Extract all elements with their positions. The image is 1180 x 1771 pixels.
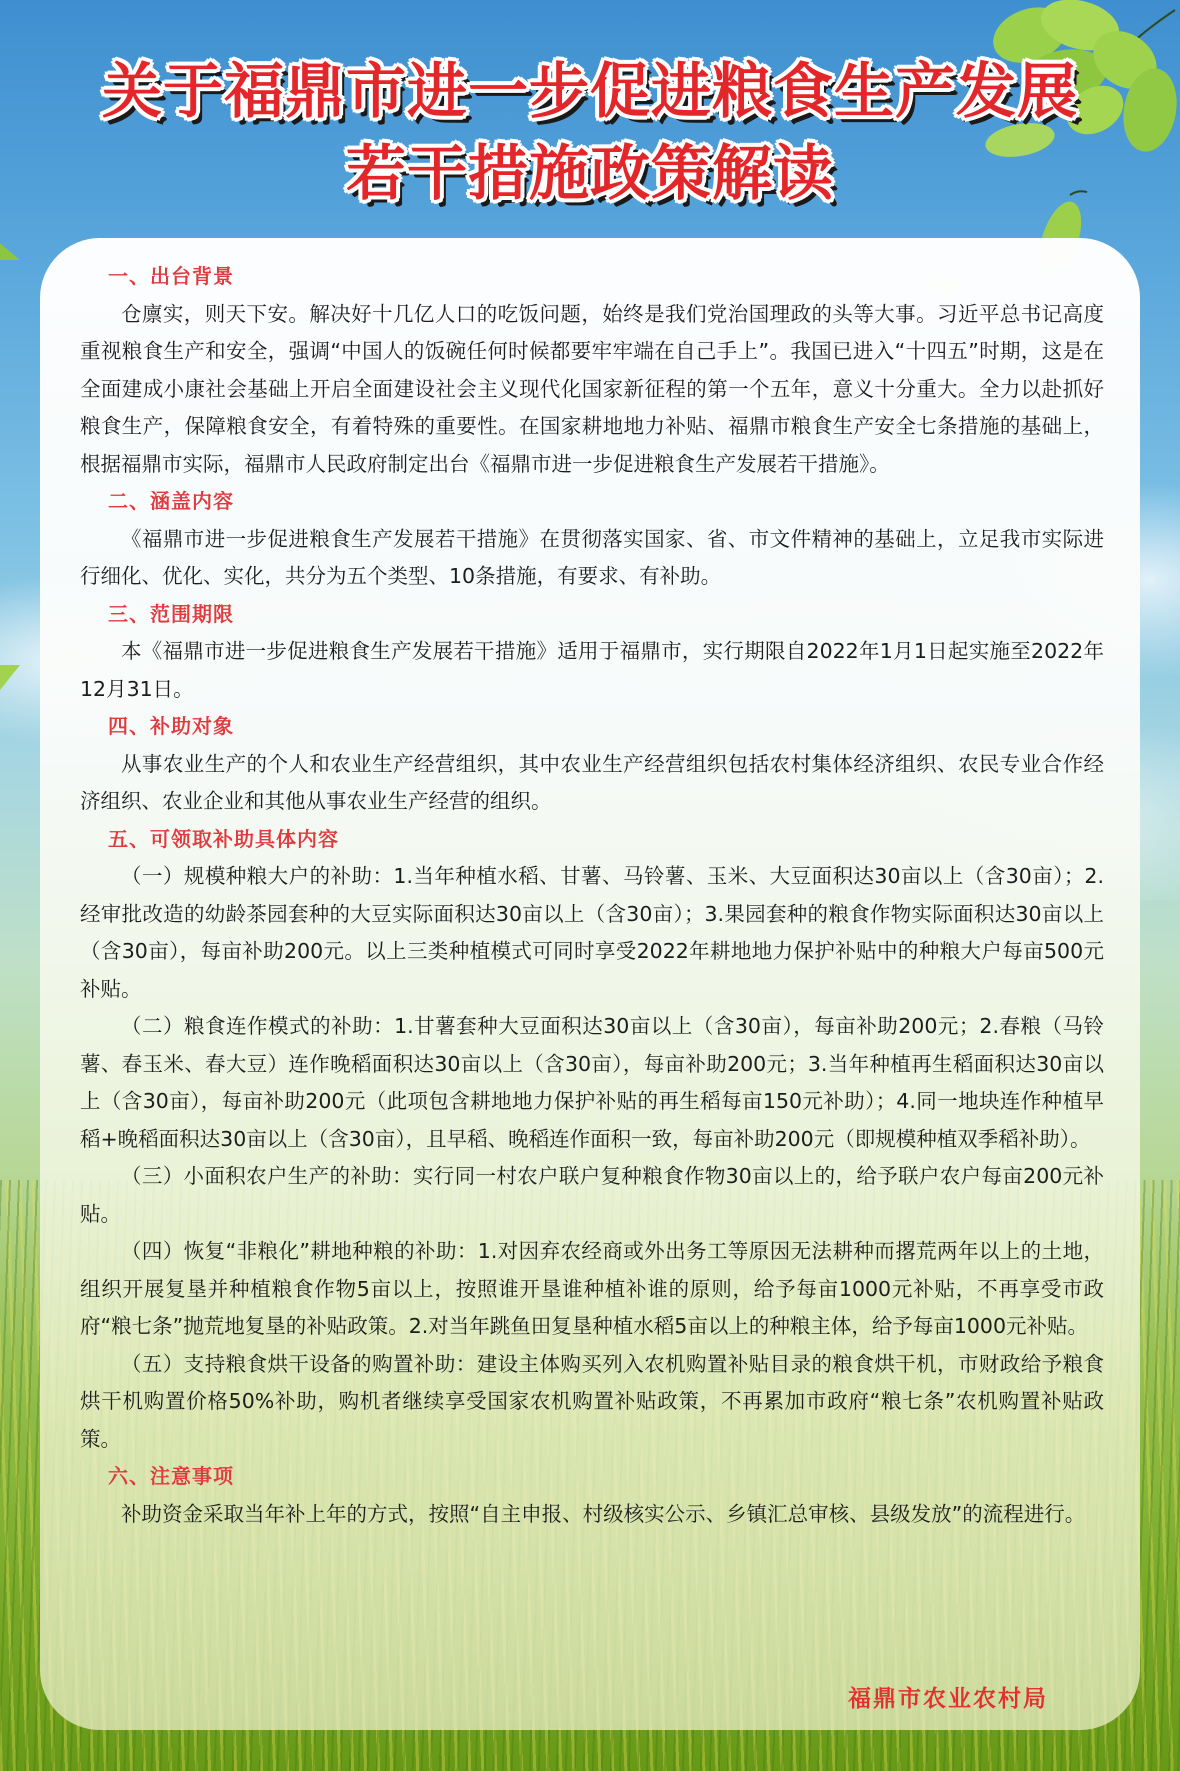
page-title: 关于福鼎市进一步促进粮食生产发展 若干措施政策解读 bbox=[0, 52, 1180, 216]
section-heading: 四、补助对象 bbox=[80, 708, 1104, 746]
title-line-1: 关于福鼎市进一步促进粮食生产发展 bbox=[0, 52, 1180, 132]
section-paragraph: 仓廪实，则天下安。解决好十几亿人口的吃饭问题，始终是我们党治国理政的头等大事。习… bbox=[80, 296, 1104, 484]
section-subsidy-targets: 四、补助对象 从事农业生产的个人和农业生产经营组织，其中农业生产经营组织包括农村… bbox=[80, 708, 1104, 821]
subsidy-item-3: （三）小面积农户生产的补助：实行同一村农户联户复种粮食作物30亩以上的，给予联户… bbox=[80, 1158, 1104, 1233]
leaf-left-top-icon bbox=[0, 230, 30, 270]
section-paragraph: 从事农业生产的个人和农业生产经营组织，其中农业生产经营组织包括农村集体经济组织、… bbox=[80, 746, 1104, 821]
section-paragraph: 《福鼎市进一步促进粮食生产发展若干措施》在贯彻落实国家、省、市文件精神的基础上，… bbox=[80, 521, 1104, 596]
section-heading: 一、出台背景 bbox=[80, 258, 1104, 296]
title-line-2: 若干措施政策解读 bbox=[0, 132, 1180, 216]
section-subsidy-details: 五、可领取补助具体内容 （一）规模种粮大户的补助：1.当年种植水稻、甘薯、马铃薯… bbox=[80, 821, 1104, 1459]
section-coverage: 二、涵盖内容 《福鼎市进一步促进粮食生产发展若干措施》在贯彻落实国家、省、市文件… bbox=[80, 483, 1104, 596]
section-heading: 二、涵盖内容 bbox=[80, 483, 1104, 521]
section-notes: 六、注意事项 补助资金采取当年补上年的方式，按照“自主申报、村级核实公示、乡镇汇… bbox=[80, 1458, 1104, 1533]
leaf-left-mid-icon bbox=[0, 660, 30, 700]
section-heading: 三、范围期限 bbox=[80, 596, 1104, 634]
subsidy-item-2: （二）粮食连作模式的补助：1.甘薯套种大豆面积达30亩以上（含30亩），每亩补助… bbox=[80, 1008, 1104, 1158]
section-heading: 五、可领取补助具体内容 bbox=[80, 821, 1104, 859]
issuer-signature: 福鼎市农业农村局 bbox=[848, 1680, 1048, 1713]
section-scope-period: 三、范围期限 本《福鼎市进一步促进粮食生产发展若干措施》适用于福鼎市，实行期限自… bbox=[80, 596, 1104, 709]
section-heading: 六、注意事项 bbox=[80, 1458, 1104, 1496]
policy-content: 一、出台背景 仓廪实，则天下安。解决好十几亿人口的吃饭问题，始终是我们党治国理政… bbox=[80, 258, 1104, 1533]
subsidy-item-1: （一）规模种粮大户的补助：1.当年种植水稻、甘薯、马铃薯、玉米、大豆面积达30亩… bbox=[80, 858, 1104, 1008]
subsidy-item-5: （五）支持粮食烘干设备的购置补助：建设主体购买列入农机购置补贴目录的粮食烘干机，… bbox=[80, 1346, 1104, 1459]
subsidy-item-4: （四）恢复“非粮化”耕地种粮的补助：1.对因弃农经商或外出务工等原因无法耕种而撂… bbox=[80, 1233, 1104, 1346]
section-background: 一、出台背景 仓廪实，则天下安。解决好十几亿人口的吃饭问题，始终是我们党治国理政… bbox=[80, 258, 1104, 483]
section-paragraph: 本《福鼎市进一步促进粮食生产发展若干措施》适用于福鼎市，实行期限自2022年1月… bbox=[80, 633, 1104, 708]
section-paragraph: 补助资金采取当年补上年的方式，按照“自主申报、村级核实公示、乡镇汇总审核、县级发… bbox=[80, 1496, 1104, 1534]
